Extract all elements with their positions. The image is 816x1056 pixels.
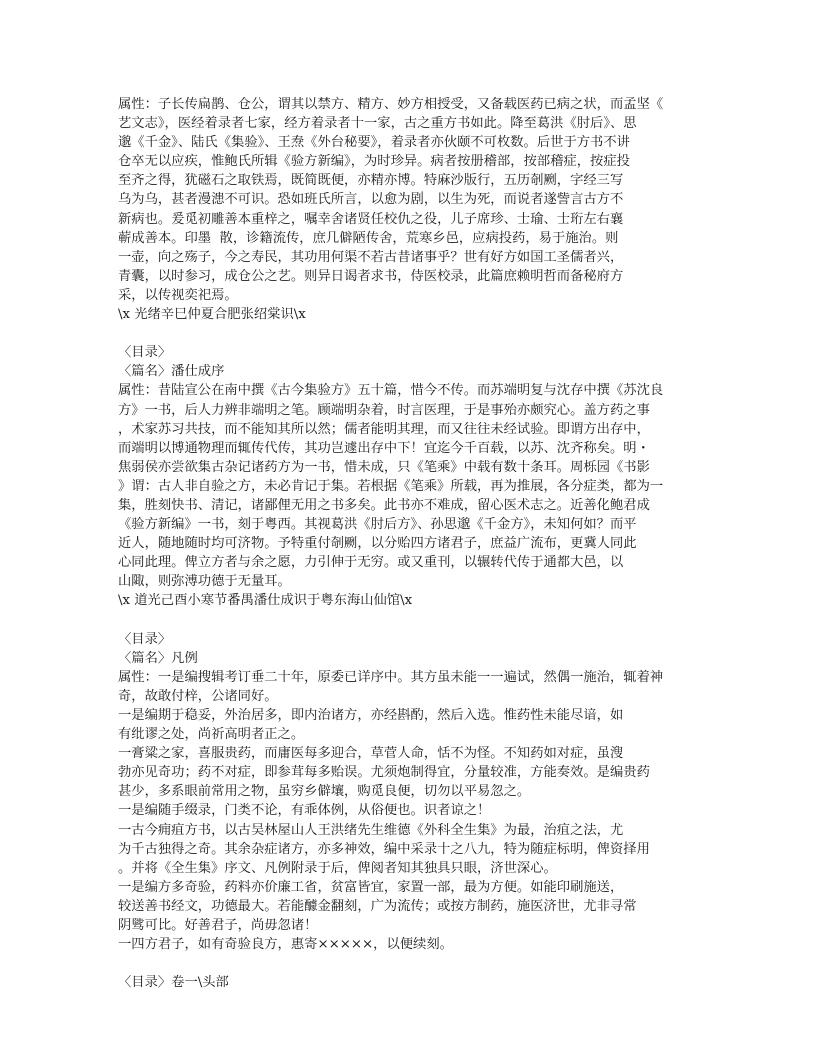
general-rules-section: 〈目录〉 〈篇名〉凡例 属性：一是编搜辑考订垂二十年，原委已详序中。其方虽未能一… bbox=[118, 630, 718, 955]
toc-marker: 〈目录〉 bbox=[118, 343, 718, 362]
text-line: 焦弱侯亦尝欲集古杂记诸药方为一书，惜未成，只《笔乘》中载有数十条耳。周栎园《书影 bbox=[118, 458, 718, 477]
toc-marker: 〈目录〉 bbox=[118, 630, 718, 649]
text-line: 有纰谬之处，尚祈高明者正之。 bbox=[118, 725, 718, 744]
text-line: 一是编随手缀录，门类不论，有乖体例，从俗便也。识者谅之！ bbox=[118, 801, 718, 820]
text-line: 属性：一是编搜辑考订垂二十年，原委已详序中。其方虽未能一一遍试，然偶一施治，辄着… bbox=[118, 668, 718, 687]
preface-pan-shicheng: 〈目录〉 〈篇名〉潘仕成序 属性：昔陆宣公在南中撰《古今集验方》五十篇，惜今不传… bbox=[118, 343, 718, 610]
text-line: 而端明以博通物理而辄传代传，其功岂遽出存中下！宜迄今千百载，以苏、沈齐称矣。明・ bbox=[118, 439, 718, 458]
text-line: 为千古独得之奇。其余杂症诸方，亦多神效，编中采录十之八九，特为随症标明，俾资择用 bbox=[118, 840, 718, 859]
toc-marker: 〈目录〉卷一\头部 bbox=[118, 973, 718, 992]
text-line: 近人，随地随时均可济物。予特重付剞劂，以分贻四方诸君子，庶益广流布，更冀人同此 bbox=[118, 534, 718, 553]
text-line: 新病也。爰觅初雕善本重梓之，嘱幸舍诸贤任校仇之役，儿子席珍、士瑜、士珩左右襄 bbox=[118, 210, 718, 229]
document-page: 属性：子长传扁鹊、仓公，谓其以禁方、精方、妙方相授受，又备载医药已病之状，而孟坚… bbox=[118, 95, 718, 992]
section-title: 〈篇名〉潘仕成序 bbox=[118, 362, 718, 381]
text-line: 心同此理。俾立方者与余之愿，力引伸于无穷。或又重刊，以辗转代传于通都大邑，以 bbox=[118, 553, 718, 572]
preface-zhang-shaotang: 属性：子长传扁鹊、仓公，谓其以禁方、精方、妙方相授受，又备载医药已病之状，而孟坚… bbox=[118, 95, 718, 324]
text-line: 方》一书，后人力辨非端明之笔。顾端明杂着，时言医理，于是事殆亦颇究心。盖方药之事 bbox=[118, 401, 718, 420]
section-title: 〈篇名〉凡例 bbox=[118, 649, 718, 668]
text-line: 青囊，以时参习，成仓公之艺。则异日谒者求书，侍医校录，此篇庶赖明哲而备秘府方 bbox=[118, 267, 718, 286]
signature-line: \x 道光己酉小寒节番禺潘仕成识于粤东海山仙馆\x bbox=[118, 591, 718, 610]
text-line: 阴骘可比。好善君子，尚毋忽诸！ bbox=[118, 916, 718, 935]
text-line: 一膏粱之家，喜服贵药，而庸医每多迎合，草菅人命，恬不为怪。不知药如对症，虽溲 bbox=[118, 744, 718, 763]
blank-line bbox=[118, 611, 718, 630]
text-line: 一古今痈疽方书，以古吴林屋山人王洪绪先生维德《外科全生集》为最，治疽之法，尤 bbox=[118, 821, 718, 840]
text-line: 较送善书经文，功德最大。若能醵金翻刻，广为流传；或按方制药，施医济世，尤非寻常 bbox=[118, 897, 718, 916]
text-line: 采，以传视奕祀焉。 bbox=[118, 286, 718, 305]
volume-one-heading: 〈目录〉卷一\头部 bbox=[118, 973, 718, 992]
text-line: 一是编方多奇验，药料亦价廉工省，贫富皆宜，家置一部，最为方便。如能印刷施送， bbox=[118, 878, 718, 897]
text-line: 勃亦见奇功；药不对症，即参茸每多贻误。尤须炮制得宜，分量较准，方能奏效。是编贵药 bbox=[118, 763, 718, 782]
text-line: 奇，故敢付梓，公诸同好。 bbox=[118, 687, 718, 706]
text-line: 《验方新编》一书，刻于粤西。其视葛洪《肘后方》、孙思邈《千金方》，未知何如？而平 bbox=[118, 515, 718, 534]
text-line: 一是编期于稳妥，外治居多，即内治诸方，亦经斟酌，然后入选。惟药性未能尽谙，如 bbox=[118, 706, 718, 725]
text-line: 邈《千金》、陆氏《集验》、王焘《外台秘要》，着录者亦伙颐不可枚数。后世于方书不讲 bbox=[118, 133, 718, 152]
blank-line bbox=[118, 954, 718, 973]
text-line: 一四方君子，如有奇验良方，惠寄×××××，以便续刻。 bbox=[118, 935, 718, 954]
text-line: 蕲成善本。印墨 散，诊籍流传，庶几僻陋传舍，荒寒乡邑，应病投药，易于施治。则 bbox=[118, 229, 718, 248]
blank-line bbox=[118, 324, 718, 343]
text-line: 乌为乌，甚者漫漶不可识。恐如班氏所言，以愈为剧，以生为死，而说者遂訾言古方不 bbox=[118, 190, 718, 209]
text-line: 属性：子长传扁鹊、仓公，谓其以禁方、精方、妙方相授受，又备载医药已病之状，而孟坚… bbox=[118, 95, 718, 114]
text-line: 集，胜刻快书、清记，诸鄙俚无用之书多矣。此书亦不难成，留心医术志之。近善化鲍君成 bbox=[118, 496, 718, 515]
text-line: 属性：昔陆宣公在南中撰《古今集验方》五十篇，惜今不传。而苏端明复与沈存中撰《苏沈… bbox=[118, 381, 718, 400]
text-line: 甚少，多系眼前常用之物，虽穷乡僻壤，购觅良便，切勿以平易忽之。 bbox=[118, 782, 718, 801]
text-line: ，术家苏习共技，而不能知其所以然；儒者能明其理，而又往往未经试验。即谓方出存中， bbox=[118, 420, 718, 439]
text-line: 》谓：古人非自验之方，未必肯记于集。若根据《笔乘》所载，再为推展，各分症类，都为… bbox=[118, 477, 718, 496]
text-line: 山陬，则弥溥功德于无量耳。 bbox=[118, 572, 718, 591]
text-line: 艺文志》，医经着录者七家，经方着录者十一家，古之重方书如此。降至葛洪《肘后》、思 bbox=[118, 114, 718, 133]
signature-line: \x 光绪辛巳仲夏合肥张绍棠识\x bbox=[118, 305, 718, 324]
text-line: 仓卒无以应疾，惟鲍氏所辑《验方新编》，为时珍异。病者按册稽部，按部稽症，按症投 bbox=[118, 152, 718, 171]
text-line: 。并将《全生集》序文、凡例附录于后，俾阅者知其独具只眼，济世深心。 bbox=[118, 859, 718, 878]
text-line: 至齐之得，犹磁石之取铁焉，既简既便，亦精亦博。特麻沙版行，五历剞劂，字经三写 bbox=[118, 171, 718, 190]
text-line: 一壶，向之殇子，今之寿民，其功用何渠不若古昔诸事乎？世有好方如国工圣儒者兴， bbox=[118, 248, 718, 267]
